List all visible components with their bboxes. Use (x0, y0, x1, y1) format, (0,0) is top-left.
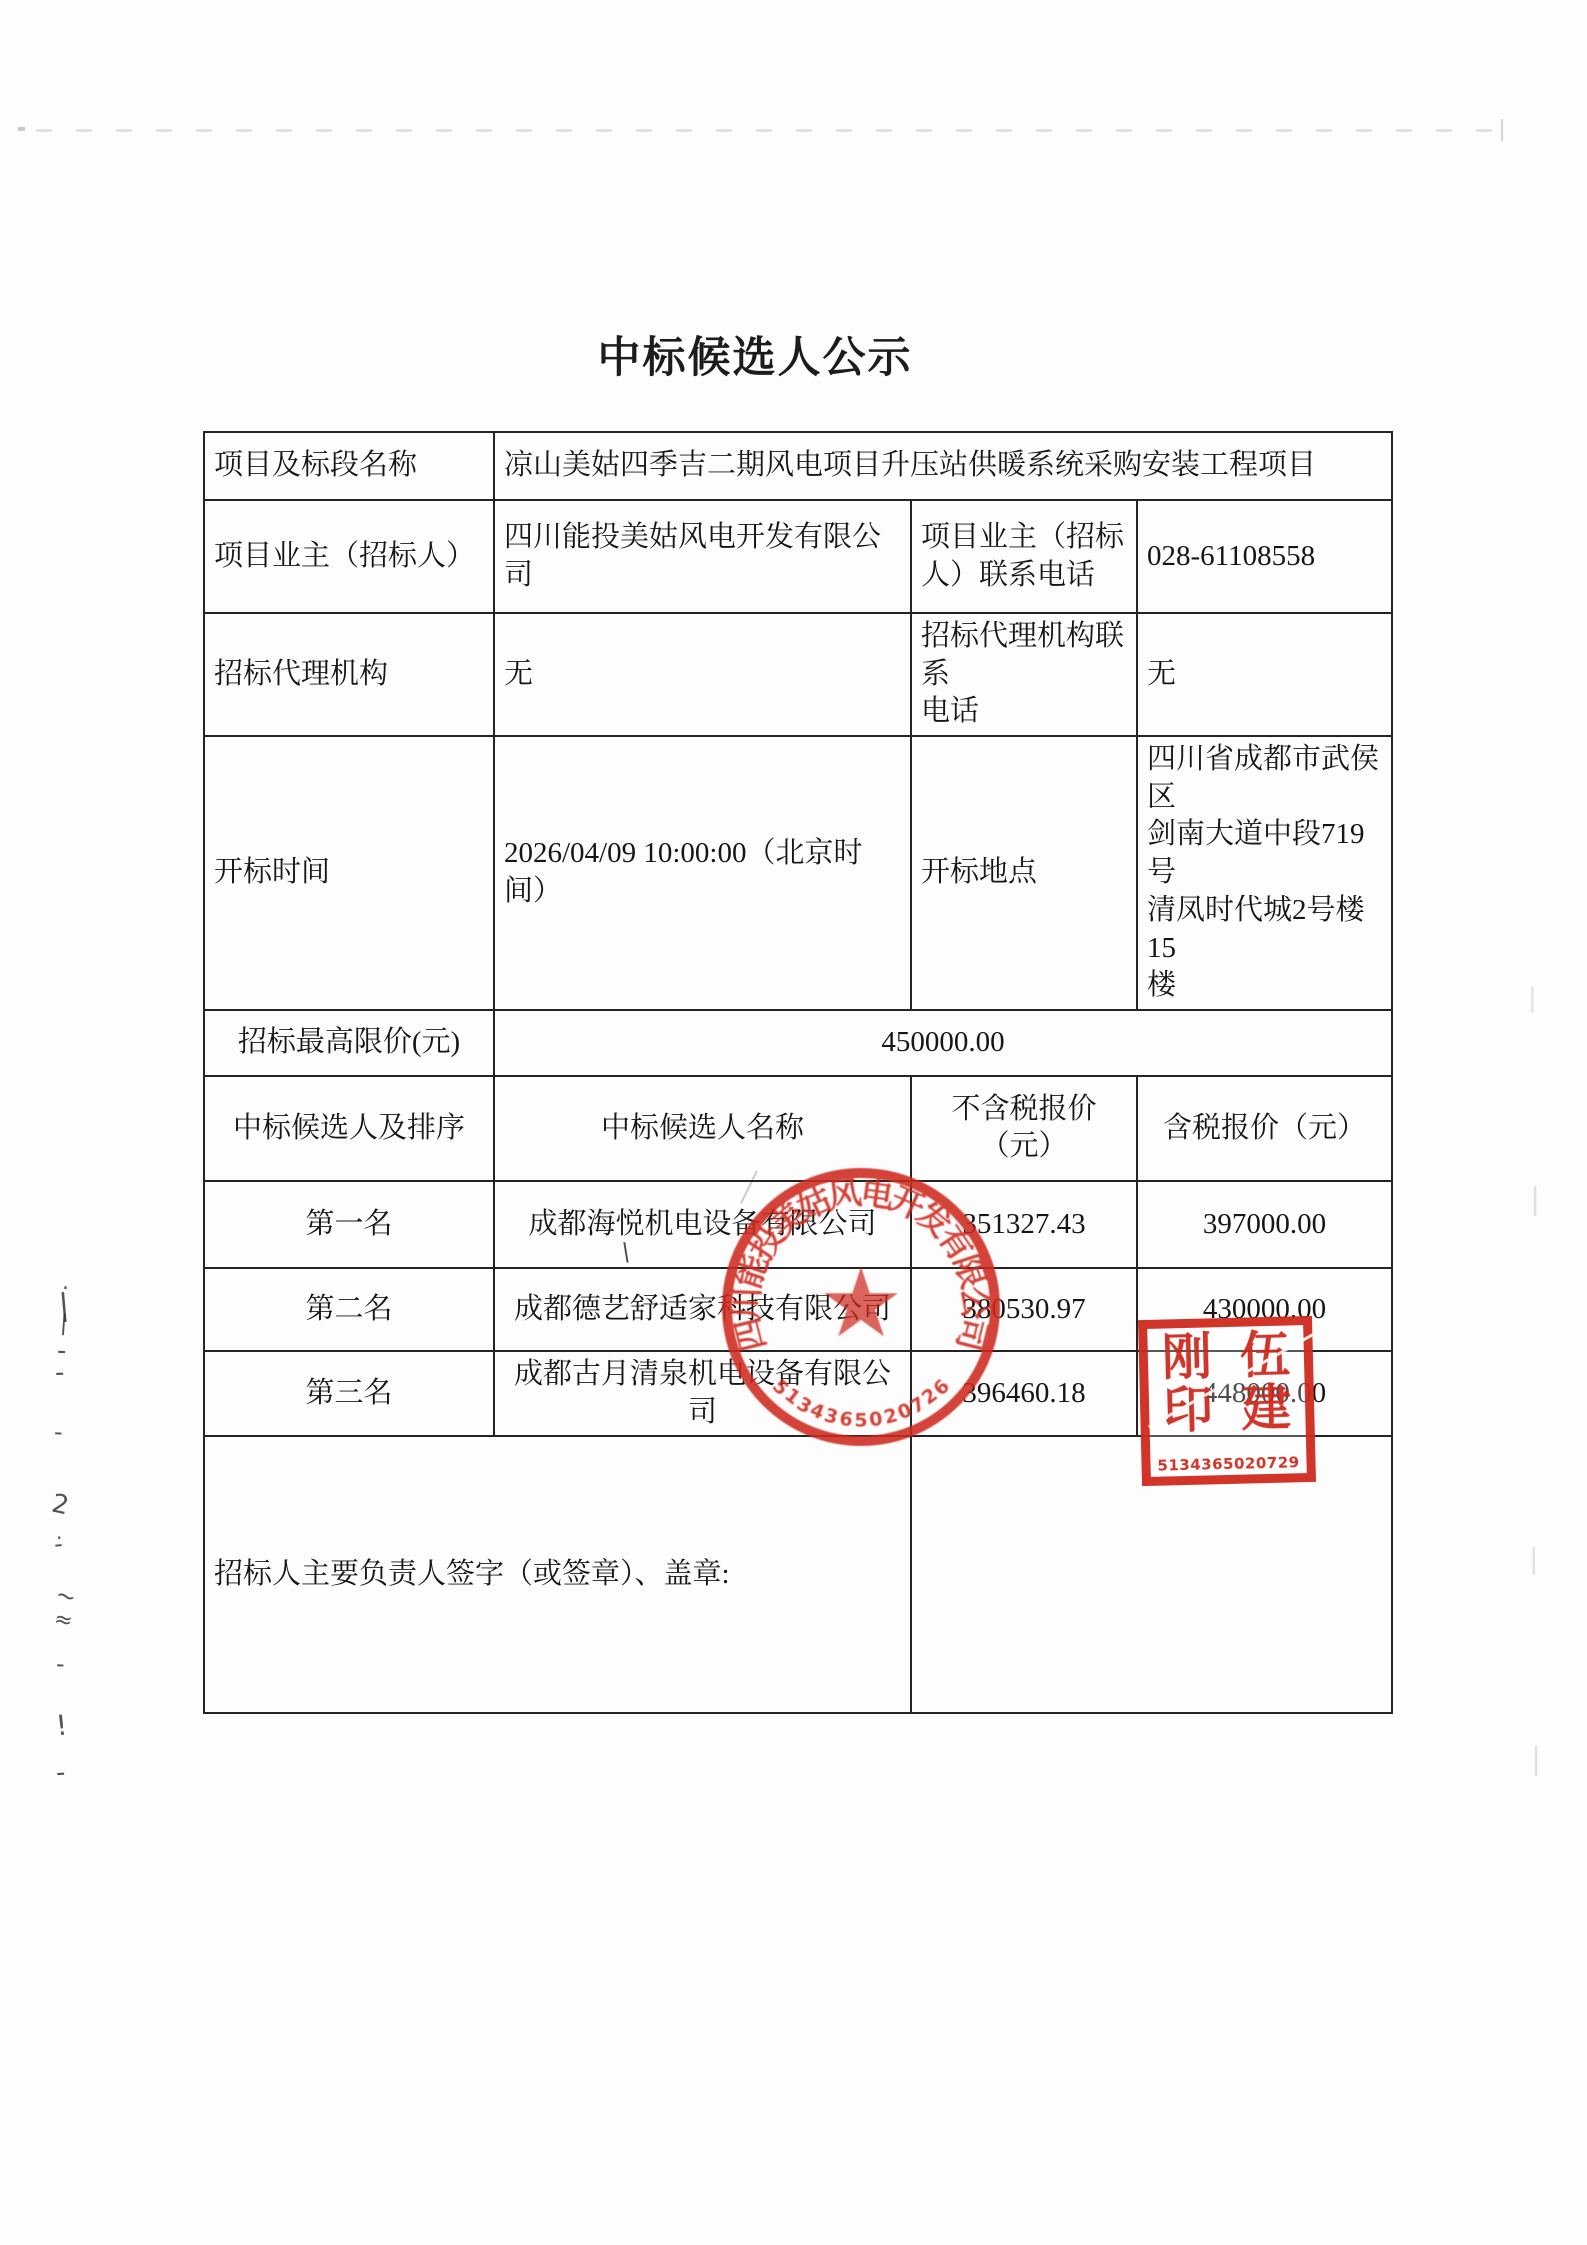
owner-value: 四川能投美姑风电开发有限公司 (494, 500, 911, 613)
scan-stray-mark: - (55, 1760, 66, 1786)
scan-stray-mark: | (59, 1313, 68, 1335)
rank-cell: 第三名 (204, 1351, 494, 1436)
bid-time-value: 2026/04/09 10:00:00（北京时 间） (494, 736, 911, 1010)
company-seal-stamp: ★ 四川能投美姑风电开发有限公司5134365020726 (722, 1168, 1000, 1446)
scan-stray-mark: | (1531, 1745, 1541, 1775)
row-owner: 项目业主（招标人） 四川能投美姑风电开发有限公司 项目业主（招标 人）联系电话 … (204, 500, 1392, 613)
row-max-price: 招标最高限价(元) 450000.00 (204, 1010, 1392, 1076)
scan-stray-mark: - (54, 1420, 64, 1444)
rank-cell: 第一名 (204, 1181, 494, 1268)
seal-char: 刚 (1147, 1329, 1226, 1384)
bid-announcement-table: 项目及标段名称 凉山美姑四季吉二期风电项目升压站供暖系统采购安装工程项目 项目业… (203, 431, 1393, 1714)
header-price-incl-tax: 含税报价（元） (1137, 1076, 1392, 1181)
scan-stray-mark: ≈ (52, 1609, 74, 1634)
scan-artifact-vline (1501, 119, 1503, 141)
bid-time-label: 开标时间 (204, 736, 494, 1010)
scanned-document-page: 中标候选人公示 项目及标段名称 凉山美姑四季吉二期风电项目升压站供暖系统采购安装… (0, 0, 1587, 2245)
agency-phone-value: 无 (1137, 613, 1392, 736)
scan-stray-mark: | (1528, 985, 1537, 1011)
row-bid-opening: 开标时间 2026/04/09 10:00:00（北京时 间） 开标地点 四川省… (204, 736, 1392, 1010)
seal-number-digit: 5 (854, 1412, 867, 1431)
bid-place-label: 开标地点 (911, 736, 1137, 1010)
scan-stray-mark: | (1530, 1185, 1540, 1215)
document-title: 中标候选人公示 (0, 324, 1510, 385)
agency-value: 无 (494, 613, 911, 736)
scan-stray-mark: 2 (49, 1491, 71, 1520)
owner-phone-label: 项目业主（招标 人）联系电话 (911, 500, 1137, 613)
seal-char: 建 (1227, 1380, 1306, 1435)
agency-phone-label: 招标代理机构联系 电话 (911, 613, 1137, 736)
scan-artifact-tick (18, 127, 25, 131)
project-name-label: 项目及标段名称 (204, 432, 494, 500)
star-icon: ★ (818, 1255, 904, 1351)
scan-stray-mark: | (1529, 1545, 1538, 1573)
agency-label: 招标代理机构 (204, 613, 494, 736)
rank-cell: 第二名 (204, 1268, 494, 1351)
project-name-value: 凉山美姑四季吉二期风电项目升压站供暖系统采购安装工程项目 (494, 432, 1392, 500)
seal-number-digit: 6 (838, 1410, 854, 1431)
scan-stray-mark: - (55, 1360, 65, 1386)
max-price-label: 招标最高限价(元) (204, 1010, 494, 1076)
bid-place-value: 四川省成都市武侯区 剑南大道中段719号 清凤时代城2号楼15 楼 (1137, 736, 1392, 1010)
row-candidate-headers: 中标候选人及排序 中标候选人名称 不含税报价（元） 含税报价（元） (204, 1076, 1392, 1181)
header-price-excl-tax: 不含税报价（元） (911, 1076, 1137, 1181)
seal-number-digit: 0 (868, 1410, 884, 1431)
header-rank: 中标候选人及排序 (204, 1076, 494, 1181)
seal-char: 伍 (1225, 1327, 1304, 1382)
header-candidate-name: 中标候选人名称 (494, 1076, 911, 1181)
row-agency: 招标代理机构 无 招标代理机构联系 电话 无 (204, 613, 1392, 736)
max-price-value: 450000.00 (494, 1010, 1392, 1076)
owner-phone-value: 028-61108558 (1137, 500, 1392, 613)
personal-seal-number: 5134365020729 (1150, 1453, 1306, 1475)
scan-artifact-dotted-line (36, 129, 1510, 132)
owner-label: 项目业主（招标人） (204, 500, 494, 613)
row-project: 项目及标段名称 凉山美姑四季吉二期风电项目升压站供暖系统采购安装工程项目 (204, 432, 1392, 500)
scan-stray-mark: ! (55, 1711, 69, 1740)
personal-seal-stamp: 刚 伍 印 建 5134365020729 (1138, 1316, 1316, 1486)
signature-label: 招标人主要负责人签字（或签章）、盖章: (204, 1436, 911, 1713)
scan-stray-mark: - (55, 1652, 65, 1676)
price-incl-tax-cell: 397000.00 (1137, 1181, 1392, 1268)
